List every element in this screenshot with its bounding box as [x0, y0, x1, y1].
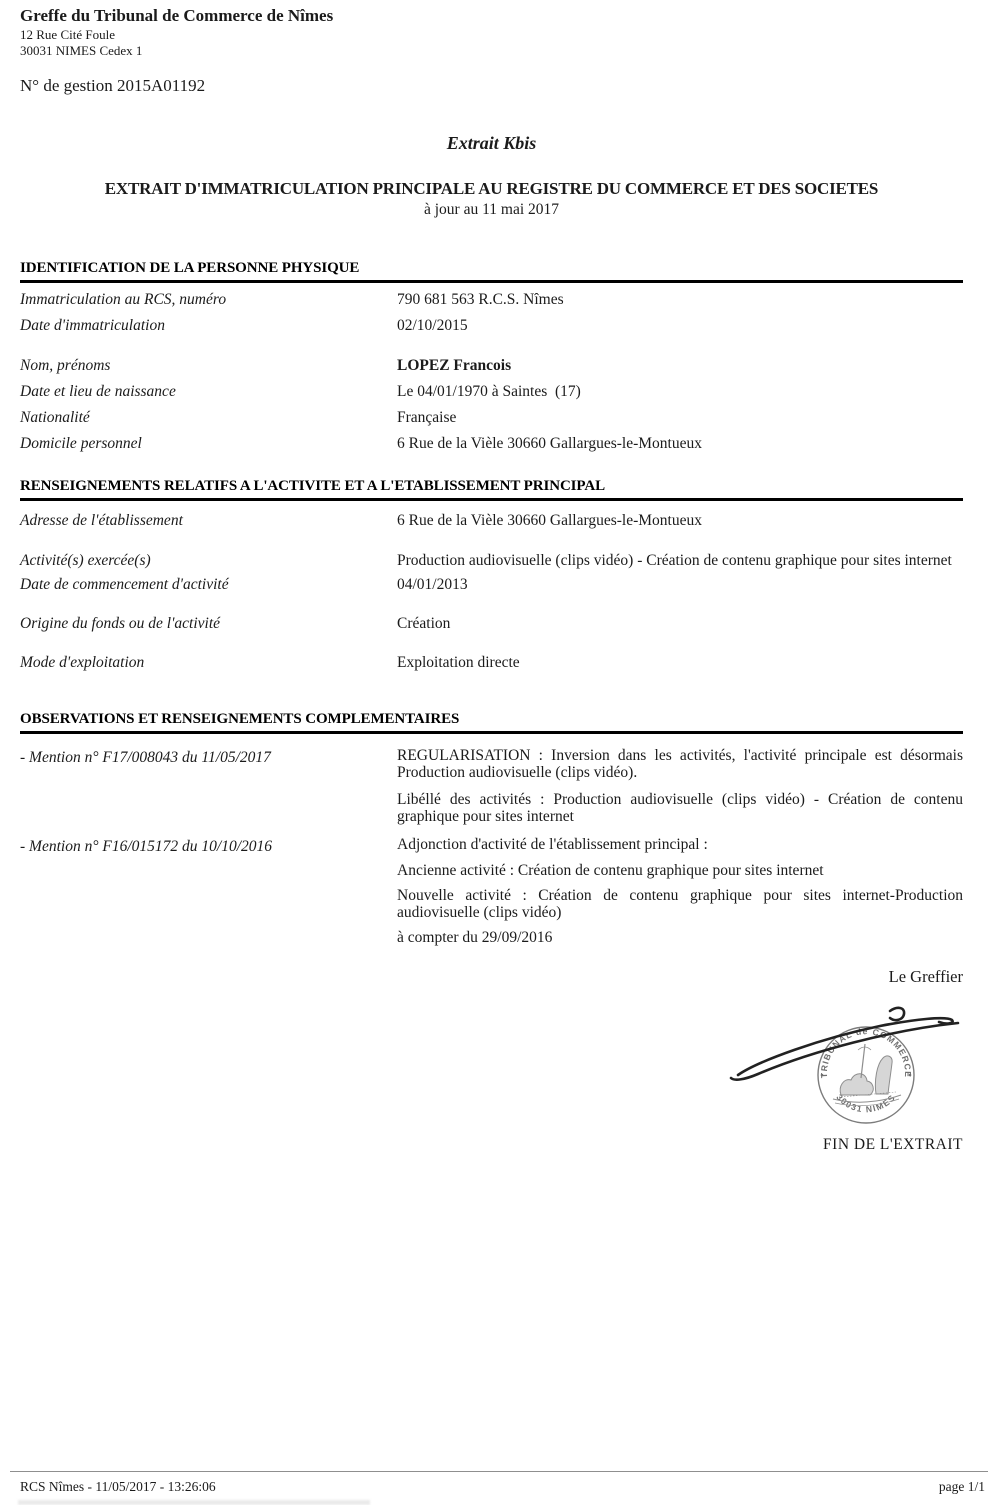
- stamp-top-text: TRIBUNAL de COMMERCE: [819, 1026, 913, 1078]
- field-row-domicile: Domicile personnel 6 Rue de la Vièle 306…: [20, 435, 963, 453]
- mention-label: - Mention n° F16/015172 du 10/10/2016: [20, 838, 390, 855]
- field-label: Activité(s) exercée(s): [20, 552, 390, 570]
- greffier-signature-icon: [731, 1008, 958, 1080]
- management-number: N° de gestion 2015A01192: [20, 76, 205, 96]
- field-row-rcs-number: Immatriculation au RCS, numéro 790 681 5…: [20, 291, 963, 309]
- section-heading-identification: IDENTIFICATION DE LA PERSONNE PHYSIQUE: [20, 260, 963, 283]
- identification-rows: Immatriculation au RCS, numéro 790 681 5…: [20, 291, 963, 461]
- observations-mentions: - Mention n° F17/008043 du 11/05/2017 RE…: [20, 748, 963, 959]
- field-row-nationality: Nationalité Française: [20, 409, 963, 427]
- mention-paragraph: Adjonction d'activité de l'établissement…: [397, 837, 963, 854]
- field-label: Domicile personnel: [20, 435, 390, 453]
- svg-text:TRIBUNAL de COMMERCE: TRIBUNAL de COMMERCE: [819, 1026, 913, 1078]
- main-title: EXTRAIT D'IMMATRICULATION PRINCIPALE AU …: [20, 179, 963, 199]
- field-value: Exploitation directe: [397, 654, 963, 672]
- field-value: Française: [397, 409, 963, 427]
- mention-paragraphs: REGULARISATION : Inversion dans les acti…: [397, 748, 963, 825]
- footer-rcs-timestamp: RCS Nîmes - 11/05/2017 - 13:26:06: [20, 1479, 216, 1495]
- field-value: 04/01/2013: [397, 576, 963, 594]
- field-value: 790 681 563 R.C.S. Nîmes: [397, 291, 963, 309]
- issuer-name: Greffe du Tribunal de Commerce de Nîmes: [20, 6, 333, 26]
- mention-paragraph: à compter du 29/09/2016: [397, 930, 963, 947]
- updated-date-line: à jour au 11 mai 2017: [20, 201, 963, 219]
- field-label: Immatriculation au RCS, numéro: [20, 291, 390, 309]
- field-row-birth: Date et lieu de naissance Le 04/01/1970 …: [20, 383, 963, 401]
- end-of-extract-text: FIN DE L'EXTRAIT: [20, 1136, 963, 1154]
- issuer-address: 12 Rue Cité Foule 30031 NIMES Cedex 1: [20, 27, 142, 59]
- field-value: Création: [397, 615, 963, 633]
- field-label: Date et lieu de naissance: [20, 383, 390, 401]
- kbis-document-page: Greffe du Tribunal de Commerce de Nîmes …: [0, 0, 1000, 1505]
- field-row-fund-origin: Origine du fonds ou de l'activité Créati…: [20, 615, 963, 633]
- document-type-title: Extrait Kbis: [20, 133, 963, 154]
- issuer-address-line2: 30031 NIMES Cedex 1: [20, 43, 142, 59]
- mention-label: - Mention n° F17/008043 du 11/05/2017: [20, 749, 390, 766]
- mention-paragraph: Ancienne activité : Création de contenu …: [397, 863, 963, 880]
- field-row-exploitation-mode: Mode d'exploitation Exploitation directe: [20, 654, 963, 672]
- field-label: Mode d'exploitation: [20, 654, 390, 672]
- field-row-establishment-address: Adresse de l'établissement 6 Rue de la V…: [20, 512, 963, 530]
- field-row-activities: Activité(s) exercée(s) Production audiov…: [20, 552, 963, 570]
- field-value: 6 Rue de la Vièle 30660 Gallargues-le-Mo…: [397, 512, 963, 530]
- activity-rows: Adresse de l'établissement 6 Rue de la V…: [20, 512, 963, 680]
- field-label: Date de commencement d'activité: [20, 576, 390, 594]
- field-label: Nom, prénoms: [20, 357, 390, 375]
- mention-paragraph: Nouvelle activité : Création de contenu …: [397, 888, 963, 921]
- issuer-address-line1: 12 Rue Cité Foule: [20, 27, 142, 43]
- field-value: 02/10/2015: [397, 317, 963, 335]
- mention-row-f17: - Mention n° F17/008043 du 11/05/2017 RE…: [20, 748, 963, 825]
- field-label: Origine du fonds ou de l'activité: [20, 615, 390, 633]
- field-label: Adresse de l'établissement: [20, 512, 390, 530]
- mention-row-f16: - Mention n° F16/015172 du 10/10/2016 Ad…: [20, 837, 963, 947]
- mention-paragraph: REGULARISATION : Inversion dans les acti…: [397, 748, 963, 781]
- mention-paragraph: Libéllé des activités : Production audio…: [397, 792, 963, 825]
- field-value: 6 Rue de la Vièle 30660 Gallargues-le-Mo…: [397, 435, 963, 453]
- field-label: Date d'immatriculation: [20, 317, 390, 335]
- footer-separator: [10, 1471, 988, 1472]
- signer-title: Le Greffier: [20, 967, 963, 987]
- field-value: Production audiovisuelle (clips vidéo) -…: [397, 552, 963, 569]
- field-value: Le 04/01/1970 à Saintes (17): [397, 383, 963, 401]
- field-value: LOPEZ Francois: [397, 357, 963, 375]
- mention-paragraphs: Adjonction d'activité de l'établissement…: [397, 837, 963, 947]
- section-heading-observations: OBSERVATIONS ET RENSEIGNEMENTS COMPLEMEN…: [20, 711, 963, 734]
- section-heading-activity: RENSEIGNEMENTS RELATIFS A L'ACTIVITE ET …: [20, 478, 963, 501]
- scan-artifact: [18, 1500, 370, 1505]
- field-row-name: Nom, prénoms LOPEZ Francois: [20, 357, 963, 375]
- field-row-activity-start-date: Date de commencement d'activité 04/01/20…: [20, 576, 963, 594]
- field-label: Nationalité: [20, 409, 390, 427]
- field-row-immatriculation-date: Date d'immatriculation 02/10/2015: [20, 317, 963, 335]
